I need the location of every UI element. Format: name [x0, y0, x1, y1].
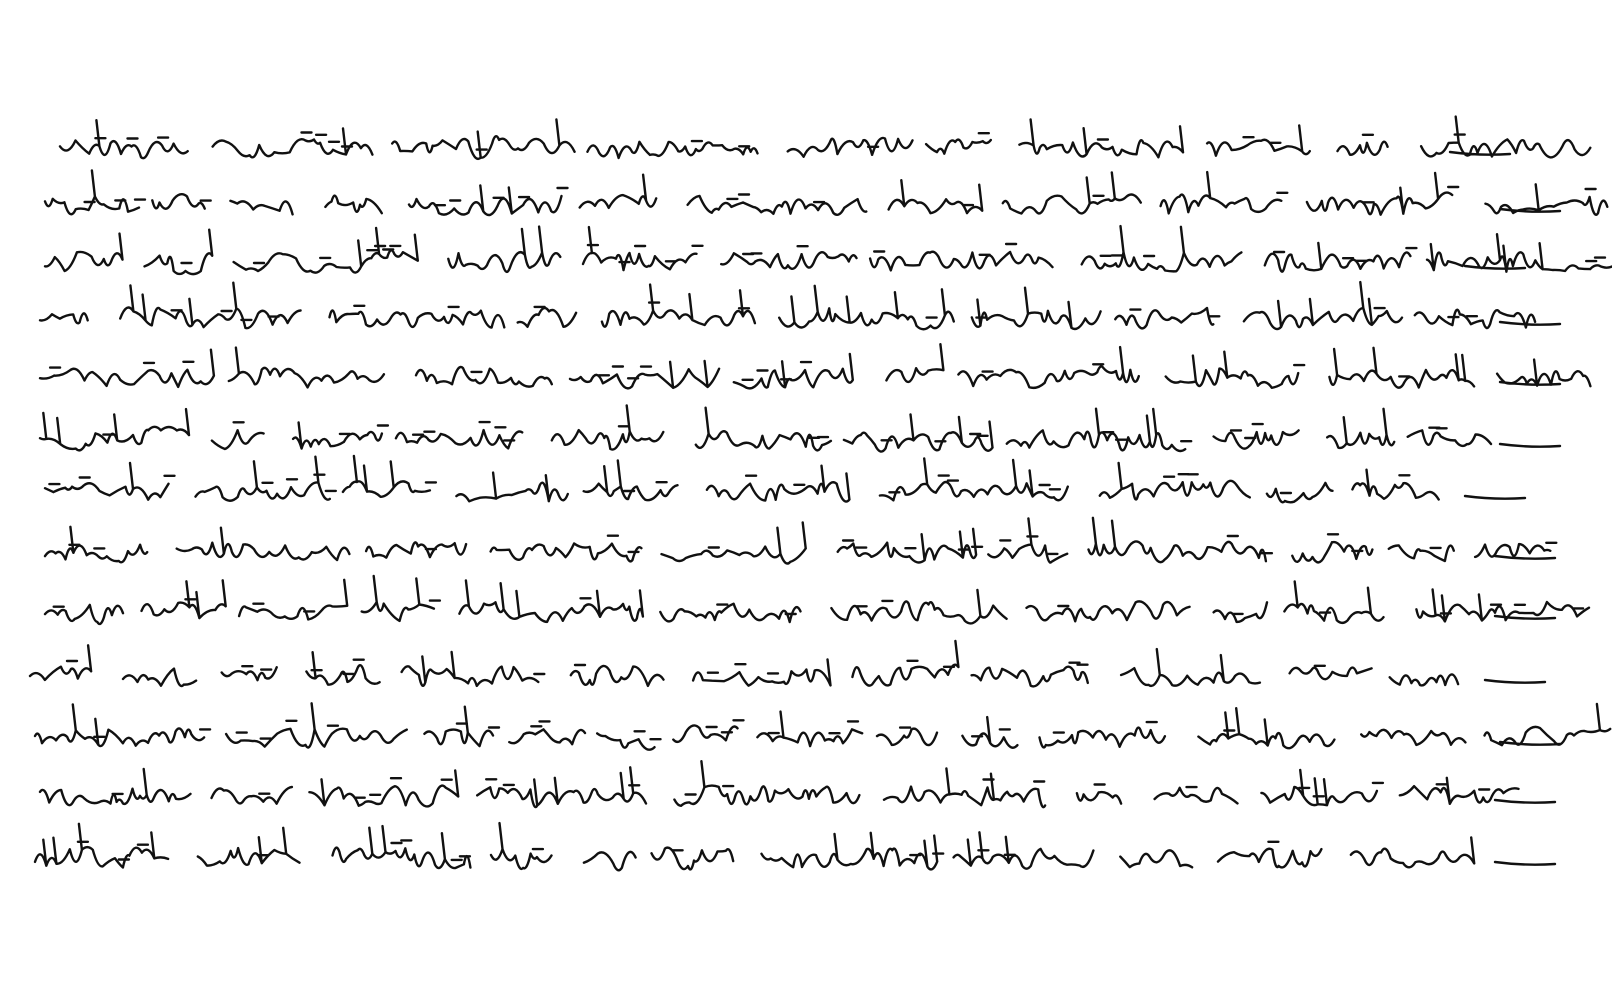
scribble-stroke — [35, 828, 1555, 888]
scribble-stroke — [45, 522, 1555, 582]
scribble-stroke — [35, 708, 1560, 768]
scribble-stroke — [40, 766, 1555, 826]
handwritten-line — [40, 288, 1560, 348]
scribble-stroke — [45, 462, 1525, 522]
scribble-stroke — [40, 348, 1560, 408]
scribble-stroke — [60, 118, 1510, 178]
handwritten-page — [0, 0, 1612, 1000]
scribble-stroke — [40, 288, 1560, 348]
handwritten-line — [45, 582, 1555, 642]
handwritten-line — [40, 410, 1560, 470]
handwritten-line — [35, 708, 1560, 768]
scribble-stroke — [40, 410, 1560, 470]
scribble-stroke — [45, 175, 1560, 235]
handwritten-line — [45, 175, 1560, 235]
handwritten-line — [40, 766, 1555, 826]
handwritten-line — [30, 646, 1545, 706]
handwritten-line — [45, 462, 1525, 522]
scribble-stroke — [45, 582, 1555, 642]
handwritten-line — [35, 828, 1555, 888]
handwritten-line — [45, 232, 1525, 292]
handwritten-line — [60, 118, 1510, 178]
handwritten-line — [45, 522, 1555, 582]
scribble-stroke — [30, 646, 1545, 706]
handwritten-line — [40, 348, 1560, 408]
scribble-stroke — [45, 232, 1525, 292]
